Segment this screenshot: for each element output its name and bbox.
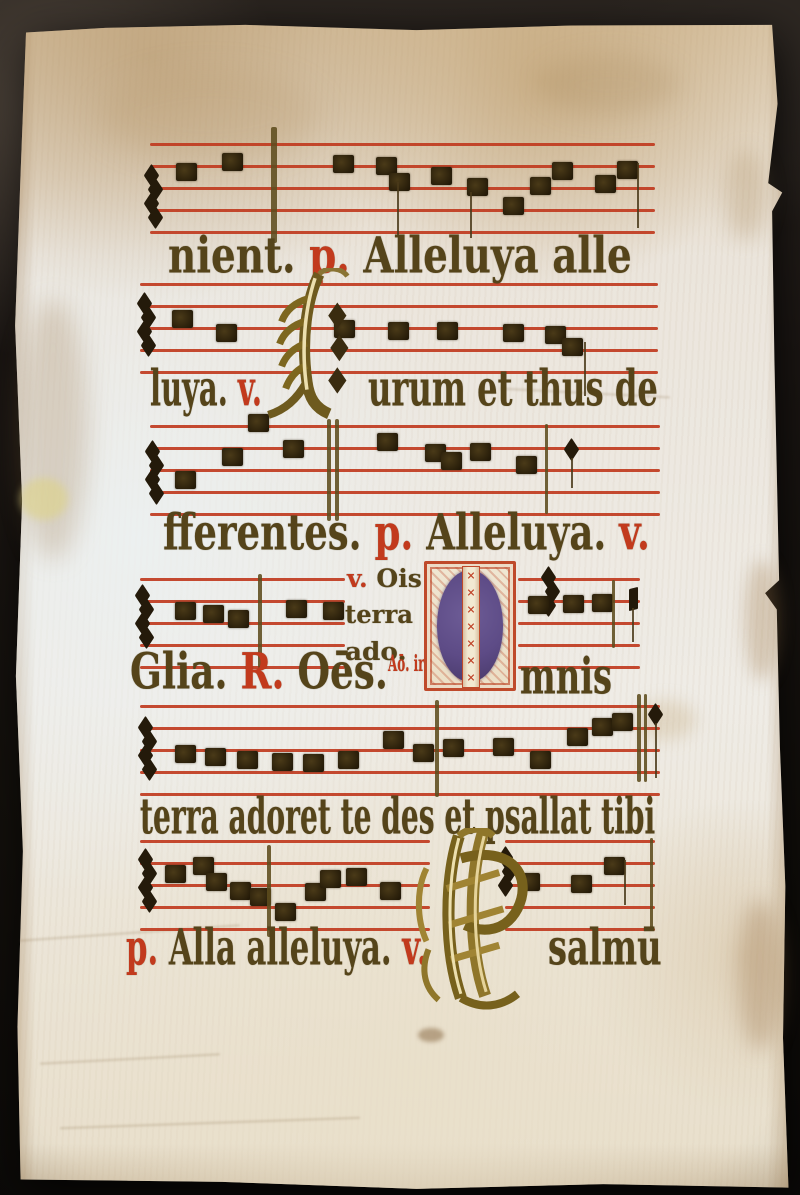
parchment-leaf (12, 22, 790, 1190)
leaf-shadow-wrap (0, 0, 800, 1195)
manuscript-photo-scene: nient. p. Alleluya alleluya. v.urum et t… (0, 0, 800, 1195)
